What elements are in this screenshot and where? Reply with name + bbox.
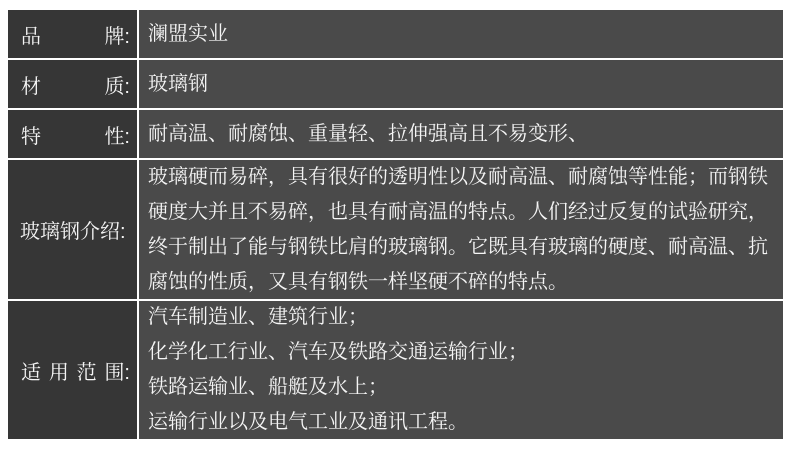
row-content-scope: 汽车制造业、建筑行业； 化学化工行业、汽车及铁路交通运输行业； 铁路运输业、船艇… bbox=[139, 301, 783, 439]
label-text: 材 bbox=[21, 70, 41, 99]
label-text: 质: bbox=[104, 70, 130, 99]
table-row-scope: 适 用 范 围: 汽车制造业、建筑行业； 化学化工行业、汽车及铁路交通运输行业；… bbox=[8, 301, 783, 439]
content-line: 铁路运输业、船艇及水上； bbox=[148, 370, 773, 405]
content-line: 汽车制造业、建筑行业； bbox=[148, 300, 773, 335]
row-label-brand: 品 牌: bbox=[8, 10, 137, 58]
content-line: 玻璃钢 bbox=[148, 67, 773, 102]
content-line: 耐高温、耐腐蚀、重量轻、拉伸强高且不易变形、 bbox=[148, 117, 773, 152]
content-line: 终于制出了能与钢铁比肩的玻璃钢。它既具有玻璃的硬度、耐高温、抗 bbox=[148, 230, 773, 265]
content-line: 澜盟实业 bbox=[148, 17, 773, 52]
product-spec-table: 品 牌: 澜盟实业 材 质: 玻璃钢 特 性: 耐高温、耐腐蚀、重量 bbox=[8, 10, 783, 439]
table-row-features: 特 性: 耐高温、耐腐蚀、重量轻、拉伸强高且不易变形、 bbox=[8, 110, 783, 158]
label-text: 适 bbox=[21, 356, 41, 385]
row-label-material: 材 质: bbox=[8, 60, 137, 108]
label-text: 牌: bbox=[104, 20, 130, 49]
label-text: 特 bbox=[21, 120, 41, 149]
label-text: 品 bbox=[21, 20, 41, 49]
table-row-frp-introduction: 玻璃钢介绍: 玻璃硬而易碎，具有很好的透明性以及耐高温、耐腐蚀等性能；而钢铁 硬… bbox=[8, 160, 783, 299]
row-label-features: 特 性: bbox=[8, 110, 137, 158]
row-content-material: 玻璃钢 bbox=[139, 60, 783, 108]
label-text: 玻璃钢介绍: bbox=[20, 215, 126, 244]
table-row-brand: 品 牌: 澜盟实业 bbox=[8, 10, 783, 58]
row-content-frp-introduction: 玻璃硬而易碎，具有很好的透明性以及耐高温、耐腐蚀等性能；而钢铁 硬度大并且不易碎… bbox=[139, 160, 783, 299]
row-label-scope: 适 用 范 围: bbox=[8, 301, 137, 439]
label-text: 性: bbox=[104, 120, 130, 149]
content-line: 腐蚀的性质，又具有钢铁一样坚硬不碎的特点。 bbox=[148, 265, 773, 300]
label-text: 用 bbox=[49, 356, 69, 385]
content-line: 化学化工行业、汽车及铁路交通运输行业； bbox=[148, 335, 773, 370]
product-spec-page: 品 牌: 澜盟实业 材 质: 玻璃钢 特 性: 耐高温、耐腐蚀、重量 bbox=[0, 0, 790, 451]
content-line: 硬度大并且不易碎，也具有耐高温的特点。人们经过反复的试验研究， bbox=[148, 195, 773, 230]
table-row-material: 材 质: 玻璃钢 bbox=[8, 60, 783, 108]
row-content-features: 耐高温、耐腐蚀、重量轻、拉伸强高且不易变形、 bbox=[139, 110, 783, 158]
label-text: 围: bbox=[104, 356, 130, 385]
content-line: 运输行业以及电气工业及通讯工程。 bbox=[148, 405, 773, 440]
content-line: 玻璃硬而易碎，具有很好的透明性以及耐高温、耐腐蚀等性能；而钢铁 bbox=[148, 160, 773, 195]
row-content-brand: 澜盟实业 bbox=[139, 10, 783, 58]
row-label-frp-introduction: 玻璃钢介绍: bbox=[8, 160, 137, 299]
label-text: 范 bbox=[77, 356, 97, 385]
